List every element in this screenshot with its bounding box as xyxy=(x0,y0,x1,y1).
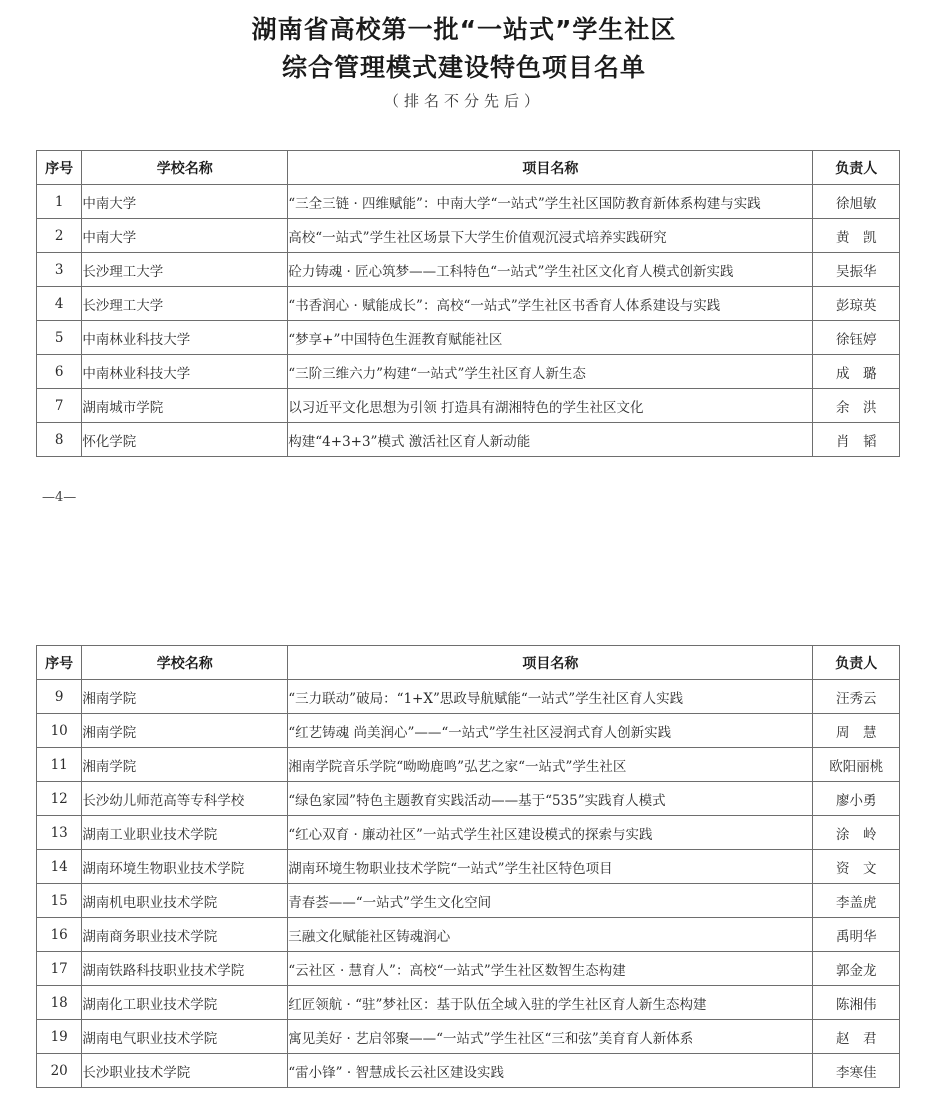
cell-project: 以习近平文化思想为引领 打造具有湖湘特色的学生社区文化 xyxy=(288,389,813,423)
cell-lead: 徐钰婷 xyxy=(813,321,900,355)
cell-no: 16 xyxy=(37,918,82,952)
cell-school: 长沙幼儿师范高等专科学校 xyxy=(82,782,288,816)
cell-project: “绿色家园”特色主题教育实践活动——基于“535”实践育人模式 xyxy=(288,782,813,816)
table-row: 11湘南学院湘南学院音乐学院“呦呦鹿鸣”弘艺之家“一站式”学生社区欧阳丽桃 xyxy=(37,748,900,782)
cell-project: 青春荟——“一站式”学生文化空间 xyxy=(288,884,813,918)
cell-no: 7 xyxy=(37,389,82,423)
cell-school: 中南林业科技大学 xyxy=(82,321,288,355)
cell-project: “梦享+”中国特色生涯教育赋能社区 xyxy=(288,321,813,355)
cell-lead: 李盖虎 xyxy=(813,884,900,918)
cell-project: “红艺铸魂 尚美润心”——“一站式”学生社区浸润式育人创新实践 xyxy=(288,714,813,748)
cell-school: 湘南学院 xyxy=(82,714,288,748)
cell-school: 怀化学院 xyxy=(82,423,288,457)
table-row: 5中南林业科技大学“梦享+”中国特色生涯教育赋能社区徐钰婷 xyxy=(37,321,900,355)
table-row: 10湘南学院“红艺铸魂 尚美润心”——“一站式”学生社区浸润式育人创新实践周 慧 xyxy=(37,714,900,748)
header-school: 学校名称 xyxy=(82,646,288,680)
cell-project: “书香润心 · 赋能成长”：高校“一站式”学生社区书香育人体系建设与实践 xyxy=(288,287,813,321)
header-lead: 负责人 xyxy=(813,151,900,185)
cell-no: 15 xyxy=(37,884,82,918)
cell-school: 湖南铁路科技职业技术学院 xyxy=(82,952,288,986)
cell-no: 13 xyxy=(37,816,82,850)
cell-no: 11 xyxy=(37,748,82,782)
cell-school: 湖南电气职业技术学院 xyxy=(82,1020,288,1054)
page-number: —4— xyxy=(42,490,76,505)
project-table-page1: 序号 学校名称 项目名称 负责人 1中南大学“三全三链 · 四维赋能”：中南大学… xyxy=(36,150,900,457)
cell-no: 17 xyxy=(37,952,82,986)
project-table-page2: 序号 学校名称 项目名称 负责人 9湘南学院“三力联动”破局：“1+X”思政导航… xyxy=(36,645,900,1088)
header-school: 学校名称 xyxy=(82,151,288,185)
cell-no: 8 xyxy=(37,423,82,457)
table-header-row: 序号 学校名称 项目名称 负责人 xyxy=(37,151,900,185)
cell-school: 中南大学 xyxy=(82,219,288,253)
table-row: 19湖南电气职业技术学院寓见美好 · 艺启邻聚——“一站式”学生社区“三和弦”美… xyxy=(37,1020,900,1054)
cell-lead: 周 慧 xyxy=(813,714,900,748)
cell-no: 20 xyxy=(37,1054,82,1088)
cell-project: 红匠领航 · “驻”梦社区：基于队伍全域入驻的学生社区育人新生态构建 xyxy=(288,986,813,1020)
cell-school: 湖南化工职业技术学院 xyxy=(82,986,288,1020)
table-row: 14湖南环境生物职业技术学院湖南环境生物职业技术学院“一站式”学生社区特色项目资… xyxy=(37,850,900,884)
table-row: 13湖南工业职业技术学院“红心双育 · 廉动社区”一站式学生社区建设模式的探索与… xyxy=(37,816,900,850)
document-subtitle: （排名不分先后） xyxy=(0,90,928,111)
header-no: 序号 xyxy=(37,646,82,680)
cell-no: 10 xyxy=(37,714,82,748)
cell-school: 长沙职业技术学院 xyxy=(82,1054,288,1088)
cell-lead: 资 文 xyxy=(813,850,900,884)
cell-school: 长沙理工大学 xyxy=(82,287,288,321)
table-row: 8怀化学院构建“4+3+3”模式 激活社区育人新动能肖 韬 xyxy=(37,423,900,457)
cell-no: 5 xyxy=(37,321,82,355)
cell-school: 湖南城市学院 xyxy=(82,389,288,423)
cell-no: 9 xyxy=(37,680,82,714)
document-title-line1: 湖南省高校第一批“一站式”学生社区 xyxy=(0,10,928,46)
table-row: 4长沙理工大学“书香润心 · 赋能成长”：高校“一站式”学生社区书香育人体系建设… xyxy=(37,287,900,321)
cell-lead: 肖 韬 xyxy=(813,423,900,457)
cell-project: “三阶三维六力”构建“一站式”学生社区育人新生态 xyxy=(288,355,813,389)
cell-school: 中南大学 xyxy=(82,185,288,219)
table-row: 12长沙幼儿师范高等专科学校“绿色家园”特色主题教育实践活动——基于“535”实… xyxy=(37,782,900,816)
cell-lead: 禹明华 xyxy=(813,918,900,952)
cell-school: 湖南商务职业技术学院 xyxy=(82,918,288,952)
document-title-line2: 综合管理模式建设特色项目名单 xyxy=(0,48,928,84)
cell-lead: 成 璐 xyxy=(813,355,900,389)
cell-lead: 李寒佳 xyxy=(813,1054,900,1088)
cell-school: 中南林业科技大学 xyxy=(82,355,288,389)
cell-lead: 廖小勇 xyxy=(813,782,900,816)
cell-lead: 涂 岭 xyxy=(813,816,900,850)
cell-lead: 赵 君 xyxy=(813,1020,900,1054)
table-row: 15湖南机电职业技术学院青春荟——“一站式”学生文化空间李盖虎 xyxy=(37,884,900,918)
cell-project: “红心双育 · 廉动社区”一站式学生社区建设模式的探索与实践 xyxy=(288,816,813,850)
table-row: 20长沙职业技术学院“雷小锋” · 智慧成长云社区建设实践李寒佳 xyxy=(37,1054,900,1088)
cell-project: 构建“4+3+3”模式 激活社区育人新动能 xyxy=(288,423,813,457)
cell-project: “云社区 · 慧育人”：高校“一站式”学生社区数智生态构建 xyxy=(288,952,813,986)
cell-school: 湖南机电职业技术学院 xyxy=(82,884,288,918)
table-row: 18湖南化工职业技术学院红匠领航 · “驻”梦社区：基于队伍全域入驻的学生社区育… xyxy=(37,986,900,1020)
header-no: 序号 xyxy=(37,151,82,185)
table-row: 2中南大学高校“一站式”学生社区场景下大学生价值观沉浸式培养实践研究黄 凯 xyxy=(37,219,900,253)
table-row: 3长沙理工大学砼力铸魂 · 匠心筑梦——工科特色“一站式”学生社区文化育人模式创… xyxy=(37,253,900,287)
cell-project: 砼力铸魂 · 匠心筑梦——工科特色“一站式”学生社区文化育人模式创新实践 xyxy=(288,253,813,287)
cell-school: 长沙理工大学 xyxy=(82,253,288,287)
table-row: 7湖南城市学院以习近平文化思想为引领 打造具有湖湘特色的学生社区文化余 洪 xyxy=(37,389,900,423)
cell-lead: 吴振华 xyxy=(813,253,900,287)
cell-lead: 郭金龙 xyxy=(813,952,900,986)
table-row: 1中南大学“三全三链 · 四维赋能”：中南大学“一站式”学生社区国防教育新体系构… xyxy=(37,185,900,219)
cell-no: 14 xyxy=(37,850,82,884)
cell-no: 3 xyxy=(37,253,82,287)
cell-project: “三力联动”破局：“1+X”思政导航赋能“一站式”学生社区育人实践 xyxy=(288,680,813,714)
cell-project: 高校“一站式”学生社区场景下大学生价值观沉浸式培养实践研究 xyxy=(288,219,813,253)
cell-no: 6 xyxy=(37,355,82,389)
cell-project: 三融文化赋能社区铸魂润心 xyxy=(288,918,813,952)
cell-lead: 彭琼英 xyxy=(813,287,900,321)
header-project: 项目名称 xyxy=(288,151,813,185)
cell-no: 2 xyxy=(37,219,82,253)
cell-lead: 余 洪 xyxy=(813,389,900,423)
cell-lead: 黄 凯 xyxy=(813,219,900,253)
cell-school: 湖南工业职业技术学院 xyxy=(82,816,288,850)
table-header-row: 序号 学校名称 项目名称 负责人 xyxy=(37,646,900,680)
cell-school: 湘南学院 xyxy=(82,748,288,782)
cell-no: 19 xyxy=(37,1020,82,1054)
cell-no: 12 xyxy=(37,782,82,816)
cell-school: 湘南学院 xyxy=(82,680,288,714)
table-row: 9湘南学院“三力联动”破局：“1+X”思政导航赋能“一站式”学生社区育人实践汪秀… xyxy=(37,680,900,714)
cell-project: 湘南学院音乐学院“呦呦鹿鸣”弘艺之家“一站式”学生社区 xyxy=(288,748,813,782)
cell-lead: 汪秀云 xyxy=(813,680,900,714)
cell-no: 1 xyxy=(37,185,82,219)
cell-no: 18 xyxy=(37,986,82,1020)
cell-project: 湖南环境生物职业技术学院“一站式”学生社区特色项目 xyxy=(288,850,813,884)
cell-project: 寓见美好 · 艺启邻聚——“一站式”学生社区“三和弦”美育育人新体系 xyxy=(288,1020,813,1054)
cell-no: 4 xyxy=(37,287,82,321)
cell-project: “三全三链 · 四维赋能”：中南大学“一站式”学生社区国防教育新体系构建与实践 xyxy=(288,185,813,219)
table-row: 6中南林业科技大学“三阶三维六力”构建“一站式”学生社区育人新生态成 璐 xyxy=(37,355,900,389)
table-row: 16湖南商务职业技术学院三融文化赋能社区铸魂润心禹明华 xyxy=(37,918,900,952)
header-project: 项目名称 xyxy=(288,646,813,680)
table-row: 17湖南铁路科技职业技术学院“云社区 · 慧育人”：高校“一站式”学生社区数智生… xyxy=(37,952,900,986)
cell-school: 湖南环境生物职业技术学院 xyxy=(82,850,288,884)
cell-lead: 徐旭敏 xyxy=(813,185,900,219)
header-lead: 负责人 xyxy=(813,646,900,680)
cell-lead: 欧阳丽桃 xyxy=(813,748,900,782)
cell-project: “雷小锋” · 智慧成长云社区建设实践 xyxy=(288,1054,813,1088)
cell-lead: 陈湘伟 xyxy=(813,986,900,1020)
